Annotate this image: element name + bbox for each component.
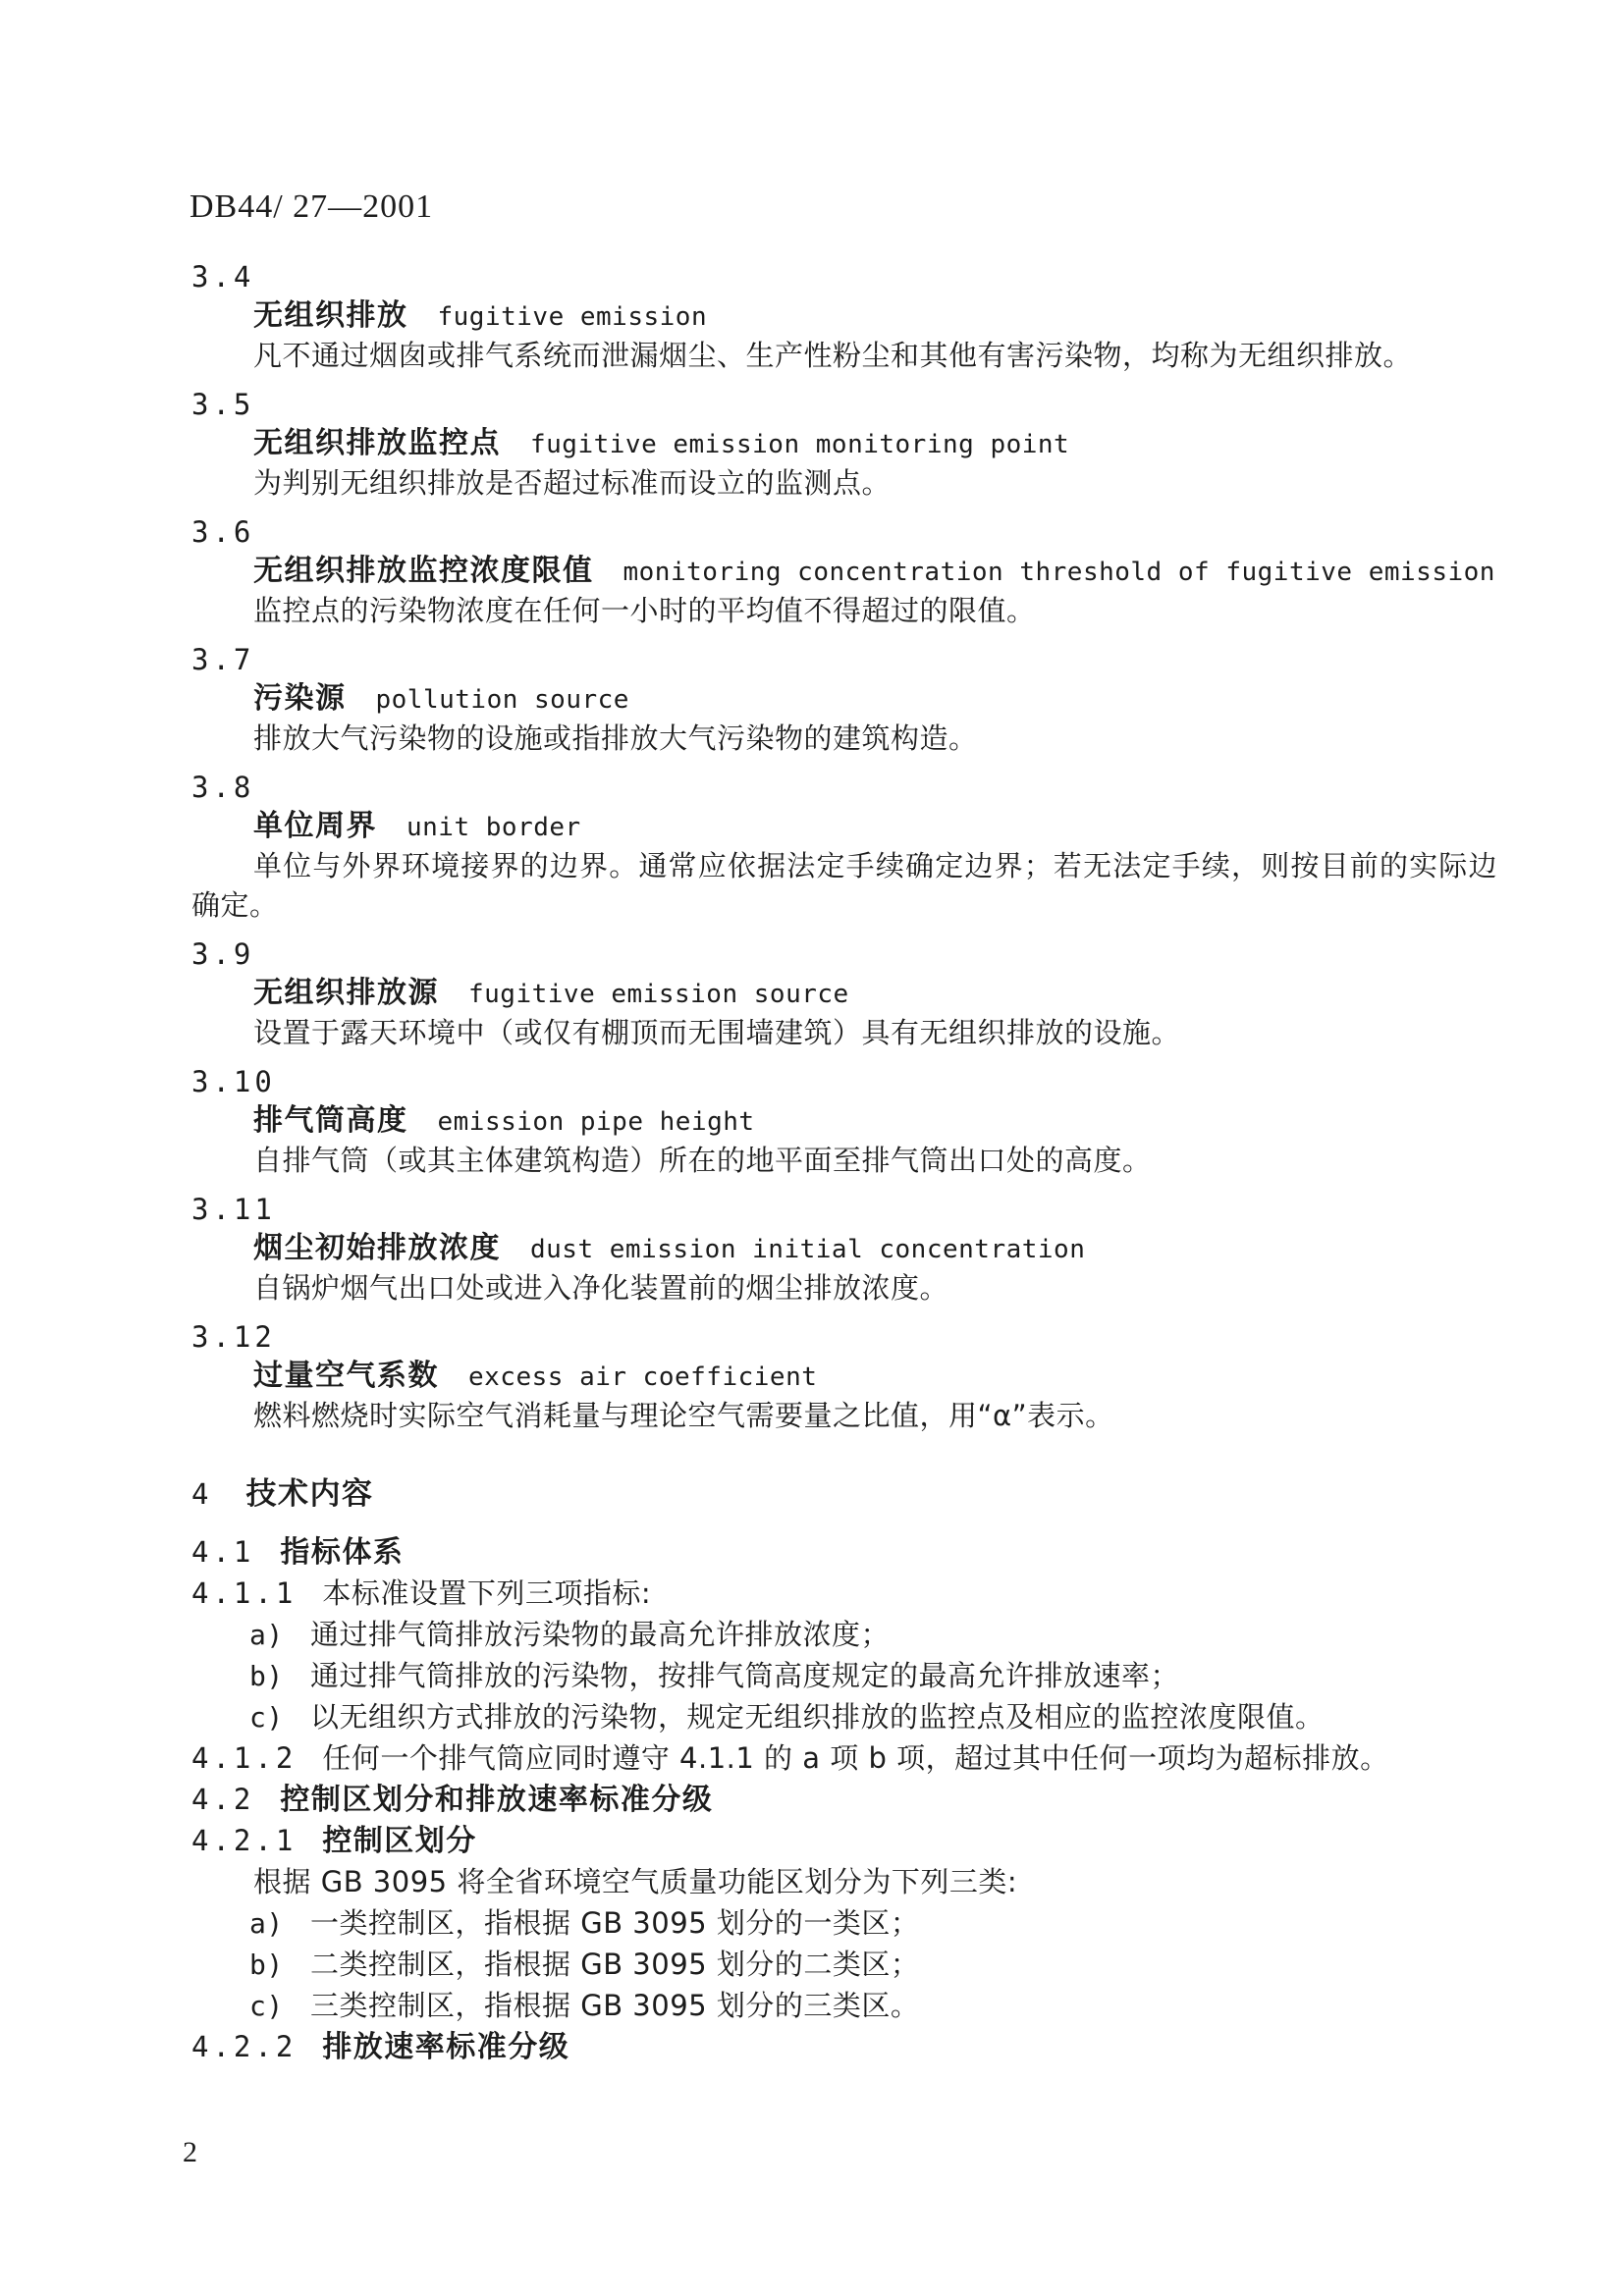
list-text: 三类控制区，指根据 GB 3095 划分的三类区。 <box>310 1989 919 2022</box>
definition-section-3-11: 3.11 烟尘初始排放浓度dust emission initial conce… <box>191 1190 1497 1308</box>
term-line: 无组织排放监控点fugitive emission monitoring poi… <box>191 424 1497 463</box>
term-chinese: 无组织排放监控点 <box>253 426 501 460</box>
section-number: 3.12 <box>191 1317 1497 1357</box>
clause-4-2-1-intro: 根据 GB 3095 将全省环境空气质量功能区划分为下列三类: <box>191 1861 1497 1902</box>
clause-text: 本标准设置下列三项指标: <box>322 1576 651 1610</box>
term-english: monitoring concentration threshold of fu… <box>623 558 1495 587</box>
section-4: 4技术内容 4.1指标体系 4.1.1本标准设置下列三项指标: a)通过排气筒排… <box>191 1472 1497 2067</box>
section-4-heading: 4技术内容 <box>191 1472 1497 1516</box>
section-title: 控制区划分 <box>322 1824 477 1858</box>
term-chinese: 单位周界 <box>253 809 377 843</box>
section-number: 4.1 <box>191 1535 254 1569</box>
list-label: b) <box>249 1656 310 1697</box>
list-item-a: a)一类控制区，指根据 GB 3095 划分的一类区； <box>191 1902 1497 1944</box>
clause-number: 4.1.1 <box>191 1576 297 1610</box>
term-line: 无组织排放fugitive emission <box>191 296 1497 336</box>
list-item-c: c)以无组织方式排放的污染物，规定无组织排放的监控点及相应的监控浓度限值。 <box>191 1696 1497 1737</box>
section-number: 3.6 <box>191 512 1497 552</box>
definition-section-3-10: 3.10 排气筒高度emission pipe height 自排气筒（或其主体… <box>191 1062 1497 1180</box>
section-number: 3.10 <box>191 1062 1497 1101</box>
section-title: 指标体系 <box>280 1535 404 1570</box>
term-chinese: 过量空气系数 <box>253 1359 439 1393</box>
section-4-2-2-heading: 4.2.2排放速率标准分级 <box>191 2026 1497 2067</box>
section-number: 3.4 <box>191 257 1497 296</box>
definition-section-3-9: 3.9 无组织排放源fugitive emission source 设置于露天… <box>191 934 1497 1052</box>
term-chinese: 无组织排放 <box>253 298 408 333</box>
definition-section-3-6: 3.6 无组织排放监控浓度限值monitoring concentration … <box>191 512 1497 630</box>
term-english: fugitive emission <box>438 302 708 332</box>
list-text: 通过排气筒排放污染物的最高允许排放浓度； <box>310 1618 890 1651</box>
definition-text: 自锅炉烟气出口处或进入净化装置前的烟尘排放浓度。 <box>191 1268 1497 1308</box>
term-line: 排气筒高度emission pipe height <box>191 1101 1497 1141</box>
term-english: fugitive emission monitoring point <box>530 430 1069 459</box>
definition-text-line-1: 单位与外界环境接界的边界。通常应依据法定手续确定边界；若无法定手续，则按目前的实… <box>191 846 1497 885</box>
list-label: c) <box>249 1986 310 2027</box>
section-number: 3.8 <box>191 768 1497 807</box>
section-number: 3.9 <box>191 934 1497 974</box>
term-line: 过量空气系数excess air coefficient <box>191 1357 1497 1396</box>
definition-text: 排放大气污染物的设施或指排放大气污染物的建筑构造。 <box>191 719 1497 758</box>
term-line: 无组织排放源fugitive emission source <box>191 974 1497 1013</box>
term-english: fugitive emission source <box>468 980 849 1009</box>
list-item-b: b)二类控制区，指根据 GB 3095 划分的二类区； <box>191 1944 1497 1985</box>
section-number: 4.2 <box>191 1783 254 1816</box>
section-4-1-heading: 4.1指标体系 <box>191 1531 1497 1573</box>
clause-number: 4.1.2 <box>191 1741 297 1775</box>
list-item-c: c)三类控制区，指根据 GB 3095 划分的三类区。 <box>191 1985 1497 2026</box>
term-chinese: 无组织排放源 <box>253 976 439 1010</box>
section-title: 技术内容 <box>245 1476 373 1512</box>
page-content: 3.4 无组织排放fugitive emission 凡不通过烟囱或排气系统而泄… <box>191 247 1497 2067</box>
document-code-header: DB44/ 27—2001 <box>189 188 433 226</box>
list-label: a) <box>249 1903 310 1945</box>
definition-section-3-5: 3.5 无组织排放监控点fugitive emission monitoring… <box>191 385 1497 503</box>
section-number: 3.7 <box>191 640 1497 679</box>
list-text: 二类控制区，指根据 GB 3095 划分的二类区； <box>310 1948 919 1981</box>
definition-text: 监控点的污染物浓度在任何一小时的平均值不得超过的限值。 <box>191 591 1497 630</box>
section-title: 排放速率标准分级 <box>322 2030 569 2064</box>
definition-text: 设置于露天环境中（或仅有棚顶而无围墙建筑）具有无组织排放的设施。 <box>191 1013 1497 1052</box>
definition-section-3-4: 3.4 无组织排放fugitive emission 凡不通过烟囱或排气系统而泄… <box>191 257 1497 375</box>
section-number: 3.5 <box>191 385 1497 424</box>
term-english: unit border <box>406 813 581 842</box>
page-number: 2 <box>183 2136 197 2169</box>
section-title: 控制区划分和排放速率标准分级 <box>280 1783 713 1817</box>
definition-section-3-8: 3.8 单位周界unit border 单位与外界环境接界的边界。通常应依据法定… <box>191 768 1497 925</box>
definition-text-line-2: 确定。 <box>191 885 1497 925</box>
list-text: 通过排气筒排放的污染物，按排气筒高度规定的最高允许排放速率； <box>310 1659 1179 1692</box>
term-chinese: 污染源 <box>253 681 347 716</box>
list-text: 以无组织方式排放的污染物，规定无组织排放的监控点及相应的监控浓度限值。 <box>310 1700 1325 1734</box>
section-4-2-heading: 4.2控制区划分和排放速率标准分级 <box>191 1779 1497 1820</box>
term-english: emission pipe height <box>438 1107 755 1137</box>
list-label: c) <box>249 1697 310 1738</box>
definition-section-3-7: 3.7 污染源pollution source 排放大气污染物的设施或指排放大气… <box>191 640 1497 758</box>
term-line: 单位周界unit border <box>191 807 1497 846</box>
term-chinese: 无组织排放监控浓度限值 <box>253 554 594 588</box>
section-number: 4.2.1 <box>191 1824 297 1857</box>
list-text: 一类控制区，指根据 GB 3095 划分的一类区； <box>310 1906 919 1940</box>
term-english: excess air coefficient <box>468 1362 817 1392</box>
list-item-a: a)通过排气筒排放污染物的最高允许排放浓度； <box>191 1614 1497 1655</box>
list-label: b) <box>249 1945 310 1986</box>
section-number: 4.2.2 <box>191 2030 297 2063</box>
section-number: 4 <box>191 1477 212 1511</box>
section-number: 3.11 <box>191 1190 1497 1229</box>
definition-section-3-12: 3.12 过量空气系数excess air coefficient 燃料燃烧时实… <box>191 1317 1497 1435</box>
section-4-2-1-heading: 4.2.1控制区划分 <box>191 1820 1497 1861</box>
definition-text: 自排气筒（或其主体建筑构造）所在的地平面至排气筒出口处的高度。 <box>191 1141 1497 1180</box>
clause-4-1-2: 4.1.2任何一个排气筒应同时遵守 4.1.1 的 a 项 b 项，超过其中任何… <box>191 1737 1497 1779</box>
clause-4-1-1: 4.1.1本标准设置下列三项指标: <box>191 1573 1497 1614</box>
term-line: 烟尘初始排放浓度dust emission initial concentrat… <box>191 1229 1497 1268</box>
term-chinese: 排气筒高度 <box>253 1103 408 1138</box>
term-english: pollution source <box>376 685 629 715</box>
clause-text: 任何一个排气筒应同时遵守 4.1.1 的 a 项 b 项，超过其中任何一项均为超… <box>322 1741 1388 1775</box>
term-chinese: 烟尘初始排放浓度 <box>253 1231 501 1265</box>
term-line: 无组织排放监控浓度限值monitoring concentration thre… <box>191 552 1497 591</box>
definition-text: 为判别无组织排放是否超过标准而设立的监测点。 <box>191 463 1497 503</box>
definition-text: 凡不通过烟囱或排气系统而泄漏烟尘、生产性粉尘和其他有害污染物，均称为无组织排放。 <box>191 336 1497 375</box>
term-line: 污染源pollution source <box>191 679 1497 719</box>
list-item-b: b)通过排气筒排放的污染物，按排气筒高度规定的最高允许排放速率； <box>191 1655 1497 1696</box>
list-label: a) <box>249 1615 310 1656</box>
definition-text: 燃料燃烧时实际空气消耗量与理论空气需要量之比值，用“α”表示。 <box>191 1396 1497 1435</box>
term-english: dust emission initial concentration <box>530 1235 1085 1264</box>
